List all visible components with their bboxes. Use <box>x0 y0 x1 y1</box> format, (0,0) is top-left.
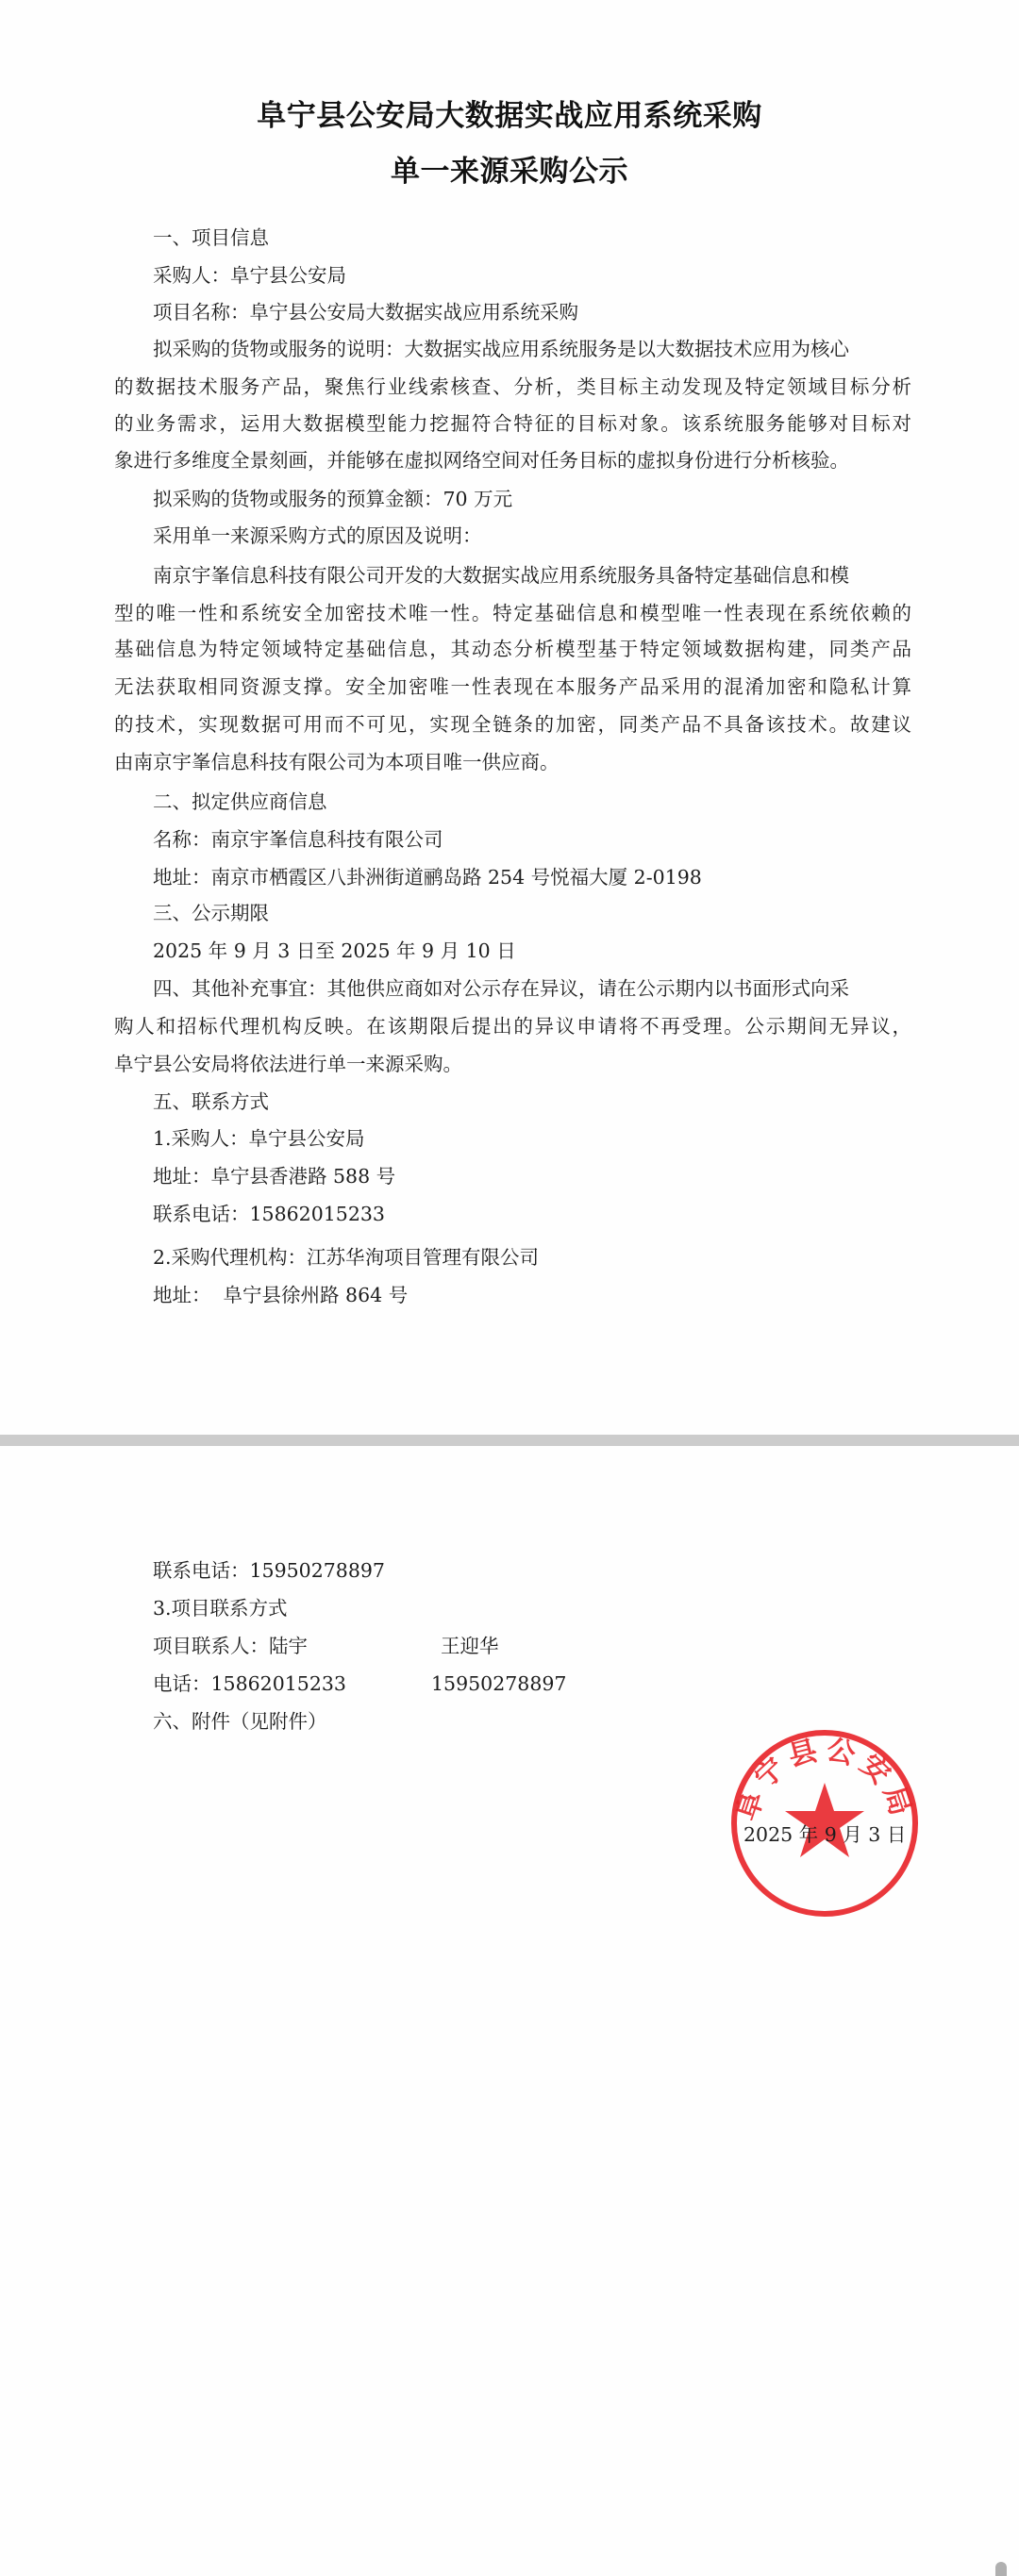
contact-agency-address: 地址： 阜宁县徐州路 864 号 <box>153 1282 950 1308</box>
contact-purchaser-address: 地址：阜宁县香港路 588 号 <box>153 1163 950 1189</box>
project-contact-person-second: 王迎华 <box>441 1633 499 1659</box>
scrollbar-thumb[interactable] <box>995 2562 1007 2576</box>
budget-line: 拟采购的货物或服务的预算金额：70 万元 <box>153 486 950 512</box>
reason-line: 由南京宇峯信息科技有限公司为本项目唯一供应商。 <box>114 749 911 775</box>
reason-line: 型的唯一性和系统安全加密技术唯一性。特定基础信息和模型唯一性表现在系统依赖的 <box>114 600 911 626</box>
project-contact-person: 项目联系人：陆宇 <box>153 1633 950 1659</box>
section-heading-contact: 五、联系方式 <box>153 1089 950 1115</box>
publicity-period: 2025 年 9 月 3 日至 2025 年 9 月 10 日 <box>153 938 950 964</box>
description-line: 象进行多维度全景刻画，并能够在虚拟网络空间对任务目标的虚拟身份进行分析核验。 <box>114 447 911 474</box>
section-heading-supplier: 二、拟定供应商信息 <box>153 789 950 815</box>
page-separator <box>0 1435 1019 1446</box>
supplementary-line: 阜宁县公安局将依法进行单一来源采购。 <box>114 1051 911 1077</box>
purchaser-line: 采购人：阜宁县公安局 <box>153 262 950 289</box>
project-contact-heading: 3.项目联系方式 <box>153 1595 950 1621</box>
supplier-name: 名称：南京宇峯信息科技有限公司 <box>153 826 950 853</box>
supplementary-line: 购人和招标代理机构反映。在该期限后提出的异议申请将不再受理。公示期间无异议， <box>114 1013 911 1039</box>
section-heading-project-info: 一、项目信息 <box>153 224 950 251</box>
reason-line: 的技术，实现数据可用而不可见，实现全链条的加密，同类产品不具备该技术。故建议 <box>114 711 911 738</box>
document-title: 阜宁县公安局大数据实战应用系统采购 <box>0 97 1019 135</box>
reason-heading: 采用单一来源采购方式的原因及说明： <box>153 523 950 549</box>
description-line: 的数据技术服务产品，聚焦行业线索核查、分析，类目标主动发现及特定领域目标分析 <box>114 374 911 400</box>
contact-agency-phone: 联系电话：15950278897 <box>153 1557 950 1584</box>
document-page-1: 阜宁县公安局大数据实战应用系统采购 单一来源采购公示 一、项目信息 采购人：阜宁… <box>0 0 1019 1435</box>
document-subtitle: 单一来源采购公示 <box>0 153 1019 191</box>
description-line: 的业务需求，运用大数据模型能力挖掘符合特征的目标对象。该系统服务能够对目标对 <box>114 410 911 437</box>
reason-line: 无法获取相同资源支撑。安全加密唯一性表现在本服务产品采用的混淆加密和隐私计算 <box>114 673 911 700</box>
contact-agency: 2.采购代理机构：江苏华洵项目管理有限公司 <box>153 1244 950 1271</box>
description-line: 拟采购的货物或服务的说明：大数据实战应用系统服务是以大数据技术应用为核心 <box>153 336 911 362</box>
project-contact-phone-second: 15950278897 <box>431 1670 566 1697</box>
contact-purchaser-phone: 联系电话：15862015233 <box>153 1201 950 1227</box>
stamp-date: 2025 年 9 月 3 日 <box>743 1821 906 1848</box>
contact-purchaser: 1.采购人：阜宁县公安局 <box>153 1125 950 1152</box>
project-name-line: 项目名称：阜宁县公安局大数据实战应用系统采购 <box>153 299 950 325</box>
reason-line: 南京宇峯信息科技有限公司开发的大数据实战应用系统服务具备特定基础信息和模 <box>153 562 911 589</box>
supplier-address: 地址：南京市栖霞区八卦洲街道鹂岛路 254 号悦福大厦 2-0198 <box>153 864 950 890</box>
supplementary-line: 四、其他补充事宜：其他供应商如对公示存在异议，请在公示期内以书面形式向采 <box>153 975 911 1002</box>
reason-line: 基础信息为特定领域特定基础信息，其动态分析模型基于特定领域数据构建，同类产品 <box>114 636 911 662</box>
section-heading-period: 三、公示期限 <box>153 900 950 926</box>
